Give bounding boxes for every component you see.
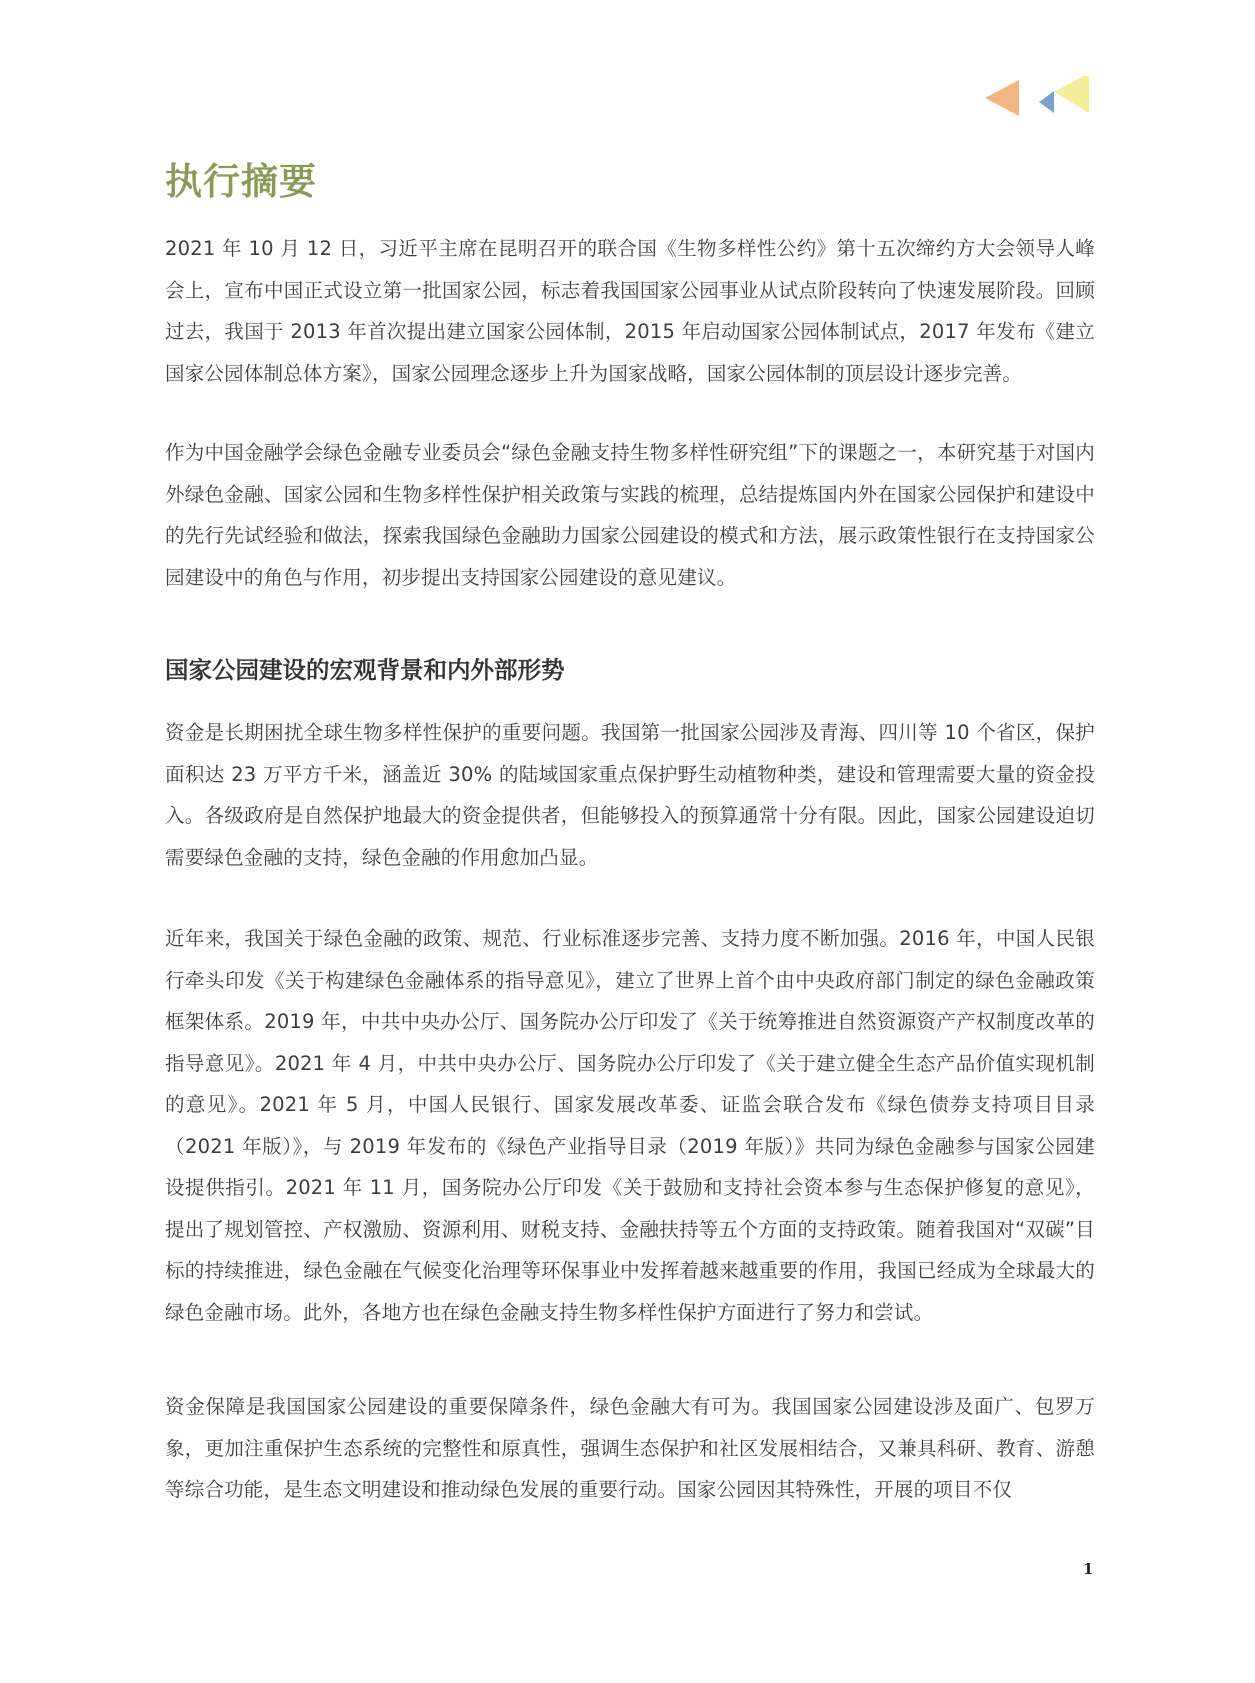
section-heading: 国家公园建设的宏观背景和内外部形势 [165,652,565,688]
paragraph-funding-guarantee: 资金保障是我国国家公园建设的重要保障条件，绿色金融大有可为。我国国家公园建设涉及… [165,1386,1095,1511]
orange-triangle-icon [985,80,1019,116]
paragraph-research-scope: 作为中国金融学会绿色金融专业委员会“绿色金融支持生物多样性研究组”下的课题之一，… [165,432,1095,598]
blue-triangle-icon [1039,91,1054,113]
decorative-triangles [985,76,1105,122]
yellow-triangle-icon [1054,76,1089,113]
paragraph-intro: 2021 年 10 月 12 日，习近平主席在昆明召开的联合国《生物多样性公约》… [165,228,1095,394]
triangle-decoration-icon [985,76,1105,122]
page-number: 1 [1083,1560,1093,1578]
page-title: 执行摘要 [165,158,317,206]
paragraph-policy-background: 近年来，我国关于绿色金融的政策、规范、行业标准逐步完善、支持力度不断加强。201… [165,918,1095,1333]
paragraph-funding-problem: 资金是长期困扰全球生物多样性保护的重要问题。我国第一批国家公园涉及青海、四川等 … [165,712,1095,878]
